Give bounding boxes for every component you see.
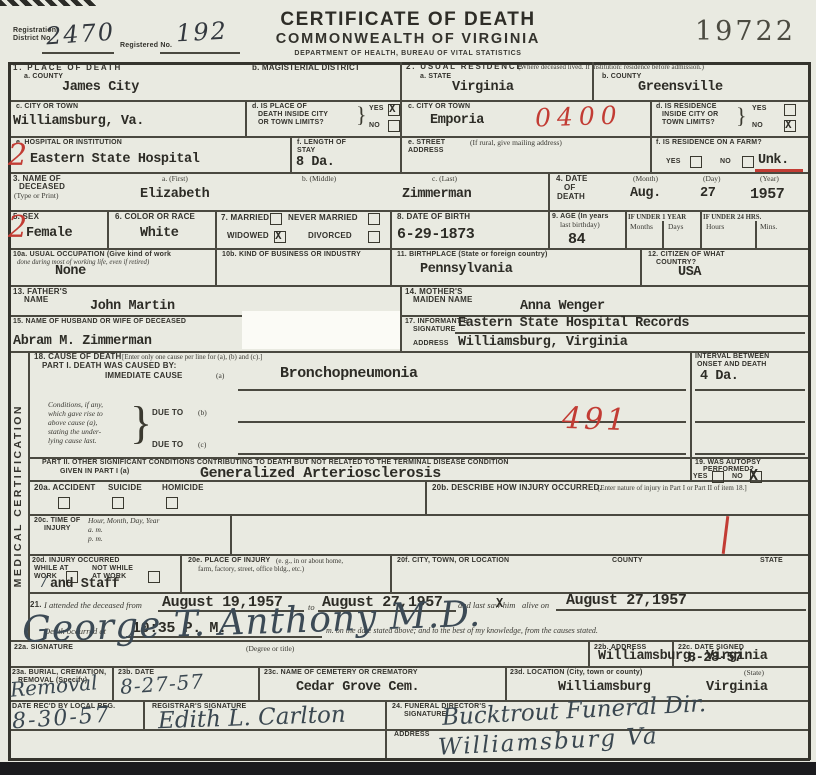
x-mark-place-inside-yes: X: [389, 102, 396, 115]
street-label-1: e. STREET: [408, 139, 445, 147]
if-under-1-year-label: IF UNDER 1 YEAR: [628, 214, 686, 221]
informant-signature-value: Eastern State Hospital Records: [458, 316, 689, 331]
hours-label: Hours: [706, 223, 724, 231]
burial-date-value: 8-27-57: [119, 669, 205, 699]
grid-line: [180, 554, 182, 592]
injury-state-label: STATE: [760, 557, 783, 565]
registered-no-label: Registered No.: [120, 42, 172, 50]
grid-line: [8, 758, 810, 761]
farm-unknown-value: Unk.: [758, 153, 789, 168]
grid-line: [8, 136, 810, 138]
inside-limits-label-1: d. IS PLACE OF: [252, 103, 307, 111]
grid-line: [390, 554, 392, 592]
last-name-label: c. (Last): [432, 175, 457, 183]
birthplace-label: 11. BIRTHPLACE (State or foreign country…: [397, 251, 548, 259]
grid-line: [42, 52, 114, 54]
grid-line: [28, 457, 810, 459]
city-or-town-label: c. CITY OR TOWN: [16, 103, 78, 111]
birthplace-value: Pennsylvania: [420, 262, 512, 277]
time-of-injury-note-3: p. m.: [88, 535, 103, 543]
degree-title-label: (Degree or title): [246, 645, 294, 653]
fathers-name-value: John Martin: [90, 299, 175, 314]
interval-value: 4 Da.: [700, 369, 739, 384]
checkbox-married: [270, 213, 282, 225]
widowed-label: WIDOWED: [227, 232, 269, 241]
time-of-injury-note-2: a. m.: [88, 526, 103, 534]
death-month-value: Aug.: [630, 186, 661, 201]
mins-label: Mins.: [760, 223, 777, 231]
grid-line: [28, 514, 810, 516]
cemetery-label: 23c. NAME OF CEMETERY OR CREMATORY: [264, 669, 418, 677]
funeral-director-signature: Bucktrout Funeral Dir.: [442, 691, 707, 731]
grid-line: [755, 221, 757, 248]
grid-line: [112, 666, 114, 700]
describe-injury-label: 20b. DESCRIBE HOW INJURY OCCURRED.: [432, 484, 602, 493]
red-code-cause: 491: [561, 401, 628, 438]
first-name-label: a. (First): [162, 175, 188, 183]
part2-label-2: GIVEN IN PART I (a): [60, 468, 129, 476]
mothers-name-label-2: MAIDEN NAME: [413, 296, 473, 305]
red-stroke-mark: [722, 516, 730, 554]
grid-line: [8, 62, 810, 65]
hospital-value: Eastern State Hospital: [30, 152, 199, 167]
never-married-label: NEVER MARRIED: [288, 214, 358, 223]
brace-glyph: }: [130, 396, 152, 449]
informant-address-label: ADDRESS: [413, 340, 449, 348]
red-code-sex: 2: [8, 210, 27, 245]
due-to-b-label: DUE TO: [152, 409, 183, 418]
while-at-label: WHILE AT: [34, 565, 69, 573]
grid-line: [8, 729, 810, 731]
name-of-deceased-label-3: (Type or Print): [14, 192, 58, 200]
registered-number: 192: [175, 17, 228, 48]
department-line: DEPARTMENT OF HEALTH, BUREAU OF VITAL ST…: [208, 50, 608, 57]
disposition-state-note: (State): [744, 669, 764, 677]
yes-label: YES: [369, 105, 384, 113]
street-label-2: ADDRESS: [408, 147, 444, 155]
immediate-cause-label: IMMEDIATE CAUSE: [105, 372, 183, 381]
homicide-label: HOMICIDE: [162, 484, 204, 493]
certificate-subtitle: COMMONWEALTH OF VIRGINIA: [208, 31, 608, 47]
residence-inside-label-1: d. IS RESIDENCE: [656, 103, 717, 111]
conditions-note-2: which gave rise to: [48, 410, 103, 418]
residence-no-label: NO: [752, 122, 763, 130]
spouse-label: 15. NAME OF HUSBAND OR WIFE OF DECEASED: [13, 318, 186, 326]
immediate-cause-value: Bronchopneumonia: [280, 365, 418, 382]
time-of-injury-label-2: INJURY: [44, 525, 71, 533]
dob-label: 8. DATE OF BIRTH: [397, 213, 470, 222]
injury-occurred-label: 20d. INJURY OCCURRED: [32, 557, 120, 565]
conditions-note-4: stating the under-: [48, 428, 101, 436]
industry-label: 10b. KIND OF BUSINESS OR INDUSTRY: [222, 251, 361, 259]
residence-city-label: c. CITY OR TOWN: [408, 103, 470, 111]
grid-line: [592, 62, 594, 100]
fathers-name-label-2: NAME: [24, 296, 48, 305]
part2-value: Generalized Arteriosclerosis: [200, 465, 441, 482]
and-staff-note: and Staff: [50, 577, 119, 592]
place-of-death-heading: 1. PLACE OF DEATH: [13, 64, 122, 73]
first-name-value: Elizabeth: [140, 187, 209, 202]
months-label: Months: [630, 223, 653, 231]
farm-yes-label: YES: [666, 158, 681, 166]
conditions-note-3: above cause (a),: [48, 419, 97, 427]
grid-line: [640, 248, 642, 285]
cemetery-value: Cedar Grove Cem.: [296, 680, 419, 695]
grid-line: [690, 351, 692, 480]
race-label: 6. COLOR OR RACE: [115, 213, 195, 222]
grid-line: [588, 640, 590, 666]
funeral-address-label: ADDRESS: [394, 731, 430, 739]
citizen-value: USA: [678, 265, 701, 280]
grid-line: [390, 210, 392, 285]
grid-line: [238, 389, 686, 391]
place-of-injury-label: 20e. PLACE OF INJURY: [188, 557, 270, 565]
farm-no-label: NO: [720, 158, 731, 166]
length-of-stay-label-1: f. LENGTH OF: [297, 139, 346, 147]
last-name-value: Zimmerman: [402, 187, 471, 202]
x-mark-autopsy-no: X: [749, 466, 758, 484]
slash-mark: /: [42, 574, 47, 590]
brace-glyph: }: [736, 103, 747, 129]
magisterial-district-label: b. MAGISTERIAL DISTRICT: [252, 64, 360, 73]
last-saw-date: August 27,1957: [566, 592, 686, 609]
mothers-name-value: Anna Wenger: [520, 299, 605, 314]
x-mark-residence-inside-no: X: [785, 118, 792, 131]
checkbox-never-married: [368, 213, 380, 225]
grid-line: [695, 421, 805, 423]
checkbox-place-inside-no: [388, 120, 400, 132]
grid-line: [160, 52, 240, 54]
place-of-injury-note-2: farm, factory, street, office bldg., etc…: [198, 566, 304, 574]
death-certificate-scan: CERTIFICATE OF DEATH COMMONWEALTH OF VIR…: [0, 0, 816, 775]
residence-county-label: b. COUNTY: [602, 73, 642, 81]
county-label: a. COUNTY: [24, 73, 63, 81]
residence-county-value: Greensville: [638, 80, 723, 95]
year-label: (Year): [760, 175, 779, 183]
red-underline-unk: [755, 169, 803, 172]
grid-line: [245, 100, 247, 136]
day-label: (Day): [703, 175, 721, 183]
grid-line: [238, 453, 686, 455]
grid-line: [385, 700, 387, 758]
occupation-value: None: [55, 264, 86, 279]
street-note: (If rural, give mailing address): [470, 139, 562, 147]
cause-b-label: (b): [198, 409, 207, 417]
disposition-location-label: 23d. LOCATION (City, town or county): [510, 669, 643, 677]
grid-line: [400, 62, 402, 172]
red-code-residence: 0400: [535, 100, 624, 132]
medical-certification-label: MEDICAL CERTIFICATION: [12, 404, 24, 587]
interval-label-1: INTERVAL BETWEEN: [695, 353, 769, 361]
cause-a-label: (a): [216, 372, 224, 380]
grid-line: [455, 332, 805, 334]
grid-line: [400, 285, 402, 351]
grid-line: [28, 351, 30, 640]
residence-inside-label-3: TOWN LIMITS?: [662, 119, 715, 127]
grid-line: [8, 666, 810, 668]
grid-line: [8, 315, 810, 317]
grid-line: [215, 210, 217, 285]
residence-inside-label-2: INSIDE CITY OR: [662, 111, 718, 119]
grid-line: [556, 609, 806, 611]
grid-line: [8, 248, 810, 250]
red-code-hospital: 2: [8, 138, 27, 173]
certificate-title: CERTIFICATE OF DEATH: [208, 9, 608, 31]
state-label: a. STATE: [420, 73, 451, 81]
interval-label-2: ONSET AND DEATH: [697, 361, 767, 369]
grid-line: [425, 480, 427, 514]
age-label-2: last birthday): [560, 221, 600, 229]
divorced-label: DIVORCED: [308, 232, 352, 241]
informant-label-2: SIGNATURE: [413, 326, 456, 334]
redaction-box: [242, 311, 400, 349]
death-year-value: 1957: [750, 186, 784, 203]
scan-bottom-band: [0, 762, 816, 775]
grid-line: [695, 389, 805, 391]
death-day-value: 27: [700, 186, 715, 201]
married-label: 7. MARRIED: [221, 214, 269, 223]
grid-line: [625, 210, 627, 248]
grid-line: [230, 514, 232, 554]
citizen-label-1: 12. CITIZEN OF WHAT: [648, 251, 725, 259]
accident-label: 20a. ACCIDENT: [34, 484, 95, 493]
grid-line: [8, 100, 810, 102]
state-value: Virginia: [452, 80, 514, 95]
grid-line: [258, 666, 260, 700]
county-value: James City: [62, 80, 139, 95]
grid-line: [8, 285, 810, 287]
grid-line: [28, 554, 810, 556]
checkbox-divorced: [368, 231, 380, 243]
checkbox-accident: [58, 497, 70, 509]
checkbox-farm-no: [742, 156, 754, 168]
date-signed-value: 8-28-57: [688, 651, 742, 666]
cause-c-label: (c): [198, 441, 206, 449]
grid-line: [107, 210, 109, 248]
city-or-town-value: Williamsburg, Va.: [13, 114, 144, 129]
medical-certification-margin: MEDICAL CERTIFICATION: [8, 351, 28, 640]
grid-line: [143, 700, 145, 729]
disposition-state-value: Virginia: [706, 680, 768, 695]
grid-line: [548, 172, 550, 248]
injury-city-label: 20f. CITY, TOWN, OR LOCATION: [397, 557, 509, 565]
residence-city-value: Emporia: [430, 113, 484, 128]
date-of-death-label-3: DEATH: [557, 193, 585, 202]
injury-county-label: COUNTY: [612, 557, 643, 565]
grid-line: [650, 100, 652, 172]
race-value: White: [140, 226, 179, 241]
grid-line: [662, 221, 664, 248]
hospital-label: e. HOSPITAL OR INSTITUTION: [16, 139, 122, 147]
due-to-c-label: DUE TO: [152, 441, 183, 450]
informant-address-value: Williamsburg, Virginia: [458, 335, 627, 350]
funeral-director-label-2: SIGNATURE: [404, 711, 447, 719]
days-label: Days: [668, 223, 683, 231]
scan-edge-artifact: [0, 0, 96, 6]
describe-injury-note: [Enter nature of injury in Part I or Par…: [598, 485, 747, 493]
checkbox-suicide: [112, 497, 124, 509]
middle-name-label: b. (Middle): [302, 175, 336, 183]
part1-label: PART I. DEATH WAS CAUSED BY:: [42, 362, 177, 371]
conditions-note-5: lying cause last.: [48, 437, 97, 445]
month-label: (Month): [633, 175, 658, 183]
grid-line: [700, 210, 702, 248]
checkbox-autopsy-yes: [712, 471, 724, 483]
usual-residence-note: (Where deceased lived. If institution: r…: [518, 64, 704, 72]
age-value: 84: [568, 231, 585, 248]
grid-line: [505, 666, 507, 700]
autopsy-label-2: PERFORMED?: [703, 466, 754, 474]
checkbox-homicide: [166, 497, 178, 509]
grid-line: [8, 172, 810, 174]
time-of-injury-label-1: 20c. TIME OF: [34, 517, 80, 525]
disposition-location-value: Williamsburg: [558, 680, 650, 695]
residence-yes-label: YES: [752, 105, 767, 113]
certifier-address-value: Williamsburg, Virginia: [598, 649, 767, 664]
length-of-stay-label-2: STAY: [297, 147, 315, 155]
grid-line: [808, 62, 811, 760]
farm-label: f. IS RESIDENCE ON A FARM?: [656, 139, 762, 147]
inside-limits-label-3: OR TOWN LIMITS?: [258, 119, 324, 127]
checkbox-residence-inside-yes: [784, 104, 796, 116]
conditions-note-1: Conditions, if any,: [48, 401, 103, 409]
grid-line: [8, 210, 810, 212]
no-label: NO: [369, 122, 380, 130]
brace-glyph: }: [356, 102, 367, 128]
grid-line: [290, 136, 292, 172]
suicide-label: SUICIDE: [108, 484, 142, 493]
length-of-stay-value: 8 Da.: [296, 155, 335, 170]
time-of-injury-note-1: Hour, Month, Day, Year: [88, 517, 159, 525]
certificate-serial-number: 19722: [695, 16, 810, 47]
inside-limits-label-2: DEATH INSIDE CITY: [258, 111, 328, 119]
if-under-24-hrs-label: IF UNDER 24 HRS.: [703, 214, 761, 221]
checkbox-not-while-at-work: [148, 571, 160, 583]
checkbox-farm-yes: [690, 156, 702, 168]
registration-district-number: 2470: [45, 18, 116, 51]
occupation-label-1: 10a. USUAL OCCUPATION (Give kind of work: [13, 251, 171, 259]
x-mark-widowed: X: [275, 229, 282, 242]
grid-line: [695, 453, 805, 455]
dob-value: 6-29-1873: [397, 226, 474, 243]
spouse-value: Abram M. Zimmerman: [13, 334, 152, 349]
not-while-label: NOT WHILE: [92, 565, 133, 573]
sex-value: Female: [26, 226, 72, 241]
